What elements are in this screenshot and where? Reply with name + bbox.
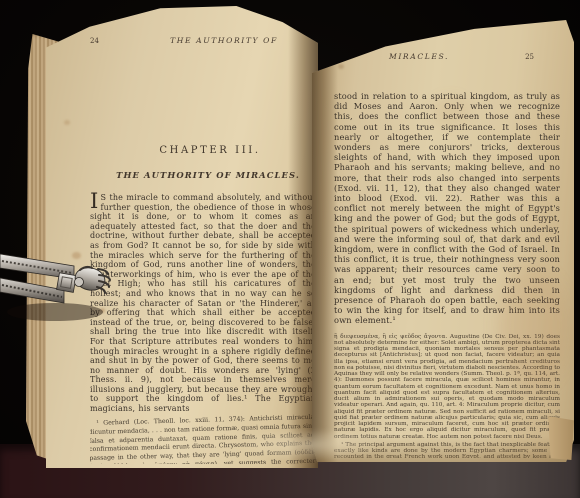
left-footnote: ¹ Gerhard (Loc. Theoll. loc. xxiii. 11, … (90, 413, 316, 464)
right-footnote-continuation: ἢ διεψευσμένα, ἢ εἰς ψεῦδος ἄγοντα. Augu… (334, 334, 560, 440)
left-running-header-text: THE AUTHORITY OF (170, 36, 278, 45)
right-gutter-shadow (312, 20, 338, 462)
silver-hand-clasp-icon (0, 246, 120, 332)
chapter-title: THE AUTHORITY OF MIRACLES. (90, 170, 316, 180)
left-body-paragraph: S the miracle to command absolutely, and… (90, 193, 316, 413)
left-page-content: 24 THE AUTHORITY OF CHAPTER III. THE AUT… (90, 36, 316, 464)
clasp-svg (0, 246, 120, 332)
left-body-text: IS the miracle to command absolutely, an… (90, 193, 316, 414)
drop-cap: I (90, 193, 100, 210)
right-page-number: 25 (525, 53, 534, 61)
right-page-content: MIRACLES. 25 stood in relation to a spir… (334, 52, 560, 458)
book-photo: 24 THE AUTHORITY OF CHAPTER III. THE AUT… (0, 0, 580, 498)
left-page: 24 THE AUTHORITY OF CHAPTER III. THE AUT… (46, 6, 318, 468)
left-page-number: 24 (90, 37, 99, 45)
right-page: MIRACLES. 25 stood in relation to a spir… (312, 20, 574, 462)
left-running-head: 24 THE AUTHORITY OF (90, 36, 316, 45)
underlying-page-edge (548, 416, 574, 460)
right-body-paragraph: stood in relation to a spiritual kingdom… (334, 91, 560, 326)
chapter-heading: CHAPTER III. (90, 145, 316, 156)
right-page-bottom-curl (312, 436, 574, 462)
right-running-head: MIRACLES. 25 (334, 52, 560, 61)
right-running-header-text: MIRACLES. (389, 52, 449, 61)
